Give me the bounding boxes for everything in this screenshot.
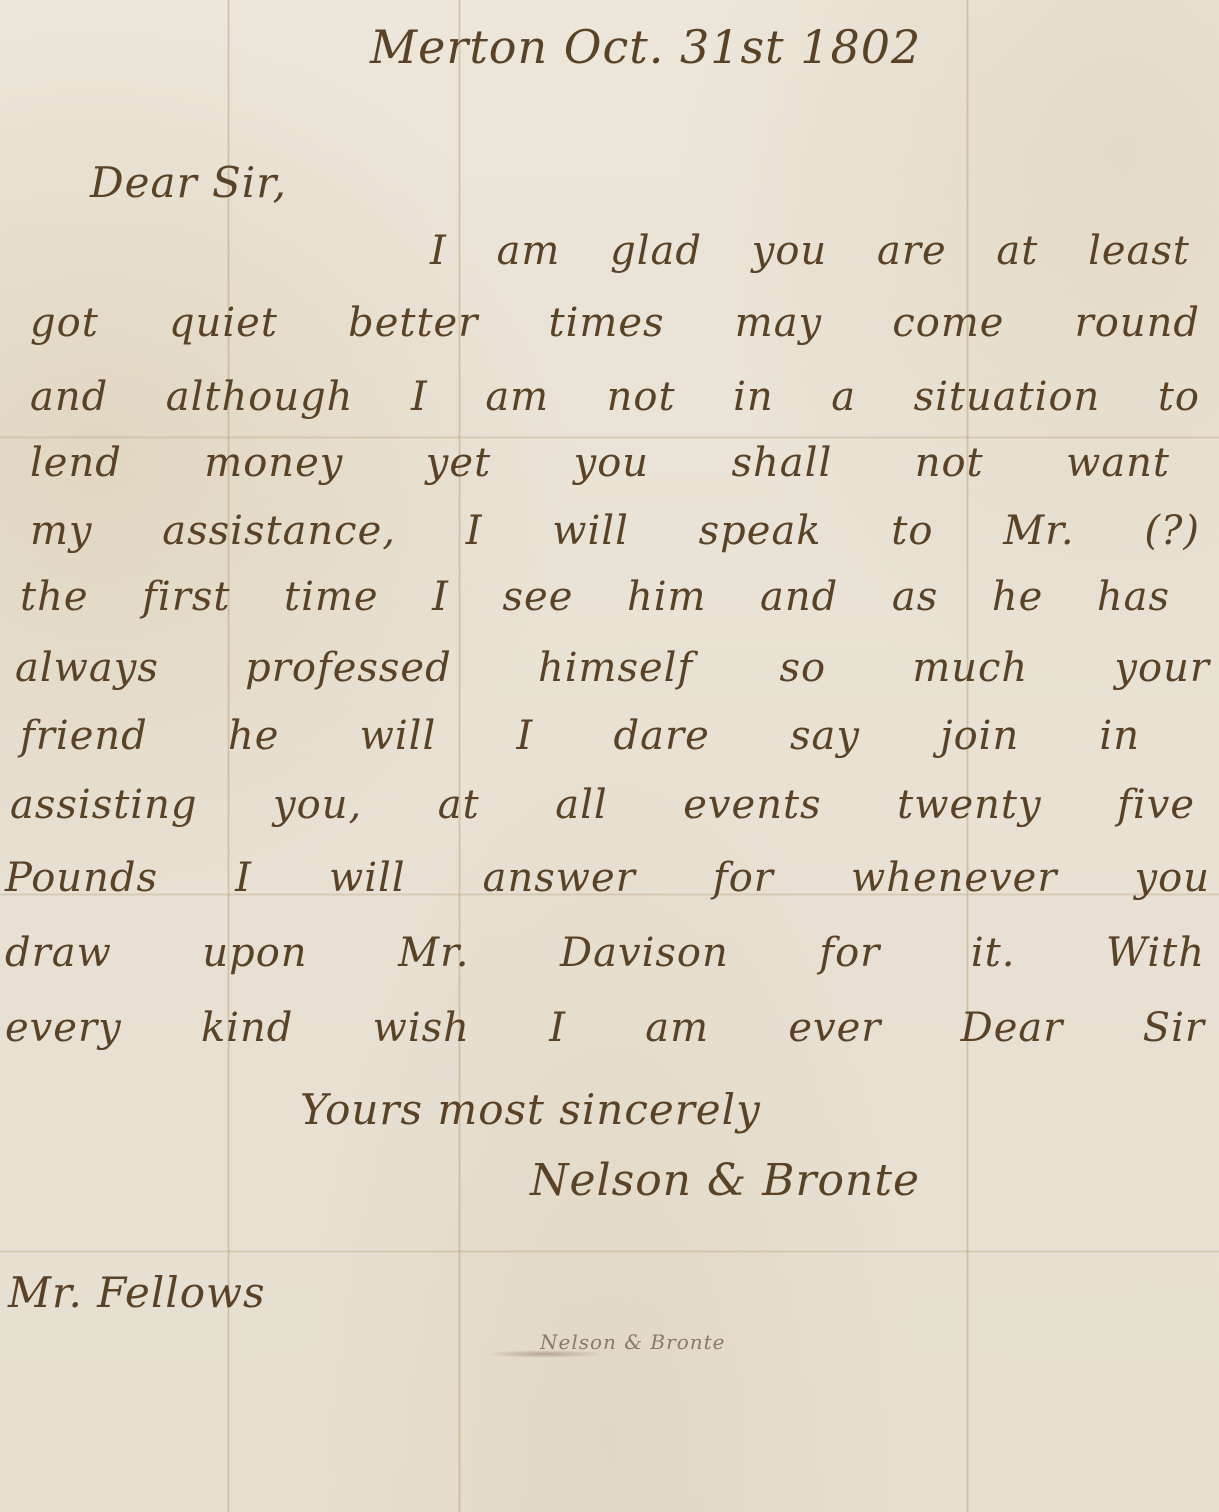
body-line: the first time I see him and as he has: [20, 574, 1170, 620]
body-line: and although I am not in a situation to: [30, 374, 1200, 420]
dateline: Merton Oct. 31st 1802: [370, 20, 921, 74]
body-line: friend he will I dare say join in: [20, 713, 1140, 759]
addressee: Mr. Fellows: [8, 1268, 266, 1317]
body-line: assisting you, at all events twenty five: [10, 782, 1195, 828]
signature: Nelson & Bronte: [530, 1155, 920, 1206]
body-line: every kind wish I am ever Dear Sir: [5, 1005, 1205, 1051]
body-line: always professed himself so much your: [15, 645, 1210, 691]
body-line: got quiet better times may come round: [30, 300, 1200, 346]
body-line: lend money yet you shall not want: [30, 440, 1170, 486]
letter-page: Merton Oct. 31st 1802 Dear Sir, I am gla…: [0, 0, 1219, 1512]
fold-line-horizontal: [0, 1250, 1219, 1253]
body-line: Pounds I will answer for whenever you: [5, 855, 1210, 901]
body-line: draw upon Mr. Davison for it. With: [5, 930, 1205, 976]
body-line: my assistance, I will speak to Mr. (?): [30, 508, 1200, 554]
secondary-signature: Nelson & Bronte: [540, 1330, 726, 1354]
body-line: I am glad you are at least: [430, 228, 1190, 274]
closing: Yours most sincerely: [300, 1085, 761, 1134]
salutation: Dear Sir,: [90, 158, 287, 207]
fold-line-horizontal: [0, 436, 1219, 439]
